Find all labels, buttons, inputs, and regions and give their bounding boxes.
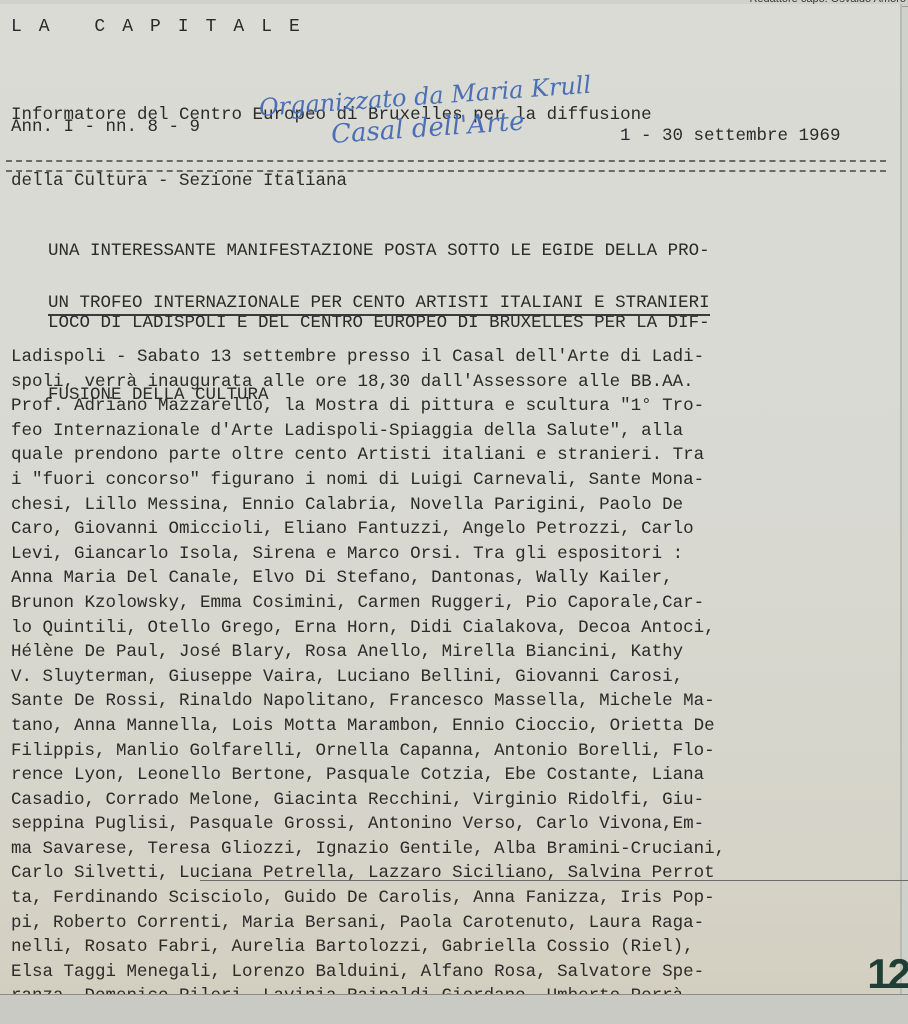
body-line: pi, Roberto Correnti, Maria Bersani, Pao… [11, 911, 891, 936]
body-line: ta, Ferdinando Scisciolo, Guido De Carol… [11, 886, 891, 911]
body-line: i "fuori concorso" figurano i nomi di Lu… [11, 468, 891, 493]
body-line: lo Quintili, Otello Grego, Erna Horn, Di… [11, 616, 891, 641]
masthead-title: LA CAPITALE [11, 17, 317, 37]
body-line: Carlo Silvetti, Luciana Petrella, Lazzar… [11, 861, 891, 886]
body-line: Anna Maria Del Canale, Elvo Di Stefano, … [11, 566, 891, 591]
body-line: Hélène De Paul, José Blary, Rosa Anello,… [11, 640, 891, 665]
pen-underline-mark [200, 880, 908, 881]
body-line: ma Savarese, Teresa Gliozzi, Ignazio Gen… [11, 837, 891, 862]
body-line: V. Sluyterman, Giuseppe Vaira, Luciano B… [11, 665, 891, 690]
article-body: Ladispoli - Sabato 13 settembre presso i… [11, 345, 891, 1009]
body-line: nelli, Rosato Fabri, Aurelia Bartolozzi,… [11, 935, 891, 960]
double-dashed-divider [6, 160, 886, 172]
background-surface [0, 994, 908, 1024]
body-line: seppina Puglisi, Pasquale Grossi, Antoni… [11, 812, 891, 837]
issue-date: 1 - 30 settembre 1969 [620, 126, 841, 146]
subtitle-line: della Cultura - Sezione Italiana [11, 170, 891, 192]
body-line: chesi, Lillo Messina, Ennio Calabria, No… [11, 493, 891, 518]
body-line: spoli, verrà inaugurata alle ore 18,30 d… [11, 370, 891, 395]
body-line: Ladispoli - Sabato 13 settembre presso i… [11, 345, 891, 370]
headline-line: UNA INTERESSANTE MANIFESTAZIONE POSTA SO… [48, 239, 888, 263]
body-line: Prof. Adriano Mazzarello, la Mostra di p… [11, 394, 891, 419]
body-line: Brunon Kzolowsky, Emma Cosimini, Carmen … [11, 591, 891, 616]
body-line: rence Lyon, Leonello Bertone, Pasquale C… [11, 763, 891, 788]
page-number-stamp: 12 [867, 950, 908, 998]
issue-number: Ann. I - nn. 8 - 9 [11, 117, 200, 137]
body-line: tano, Anna Mannella, Lois Motta Marambon… [11, 714, 891, 739]
body-line: Sante De Rossi, Rinaldo Napolitano, Fran… [11, 689, 891, 714]
body-line: Levi, Giancarlo Isola, Sirena e Marco Or… [11, 542, 891, 567]
body-line: quale prendono parte oltre cento Artisti… [11, 443, 891, 468]
body-line: Elsa Taggi Menegali, Lorenzo Balduini, A… [11, 960, 891, 985]
body-line: feo Internazionale d'Arte Ladispoli-Spia… [11, 419, 891, 444]
body-line: Filippis, Manlio Golfarelli, Ornella Cap… [11, 739, 891, 764]
article-subheadline: UN TROFEO INTERNAZIONALE PER CENTO ARTIS… [48, 293, 710, 316]
body-line: Casadio, Corrado Melone, Giacinta Recchi… [11, 788, 891, 813]
body-line: Caro, Giovanni Omiccioli, Eliano Fantuzz… [11, 517, 891, 542]
